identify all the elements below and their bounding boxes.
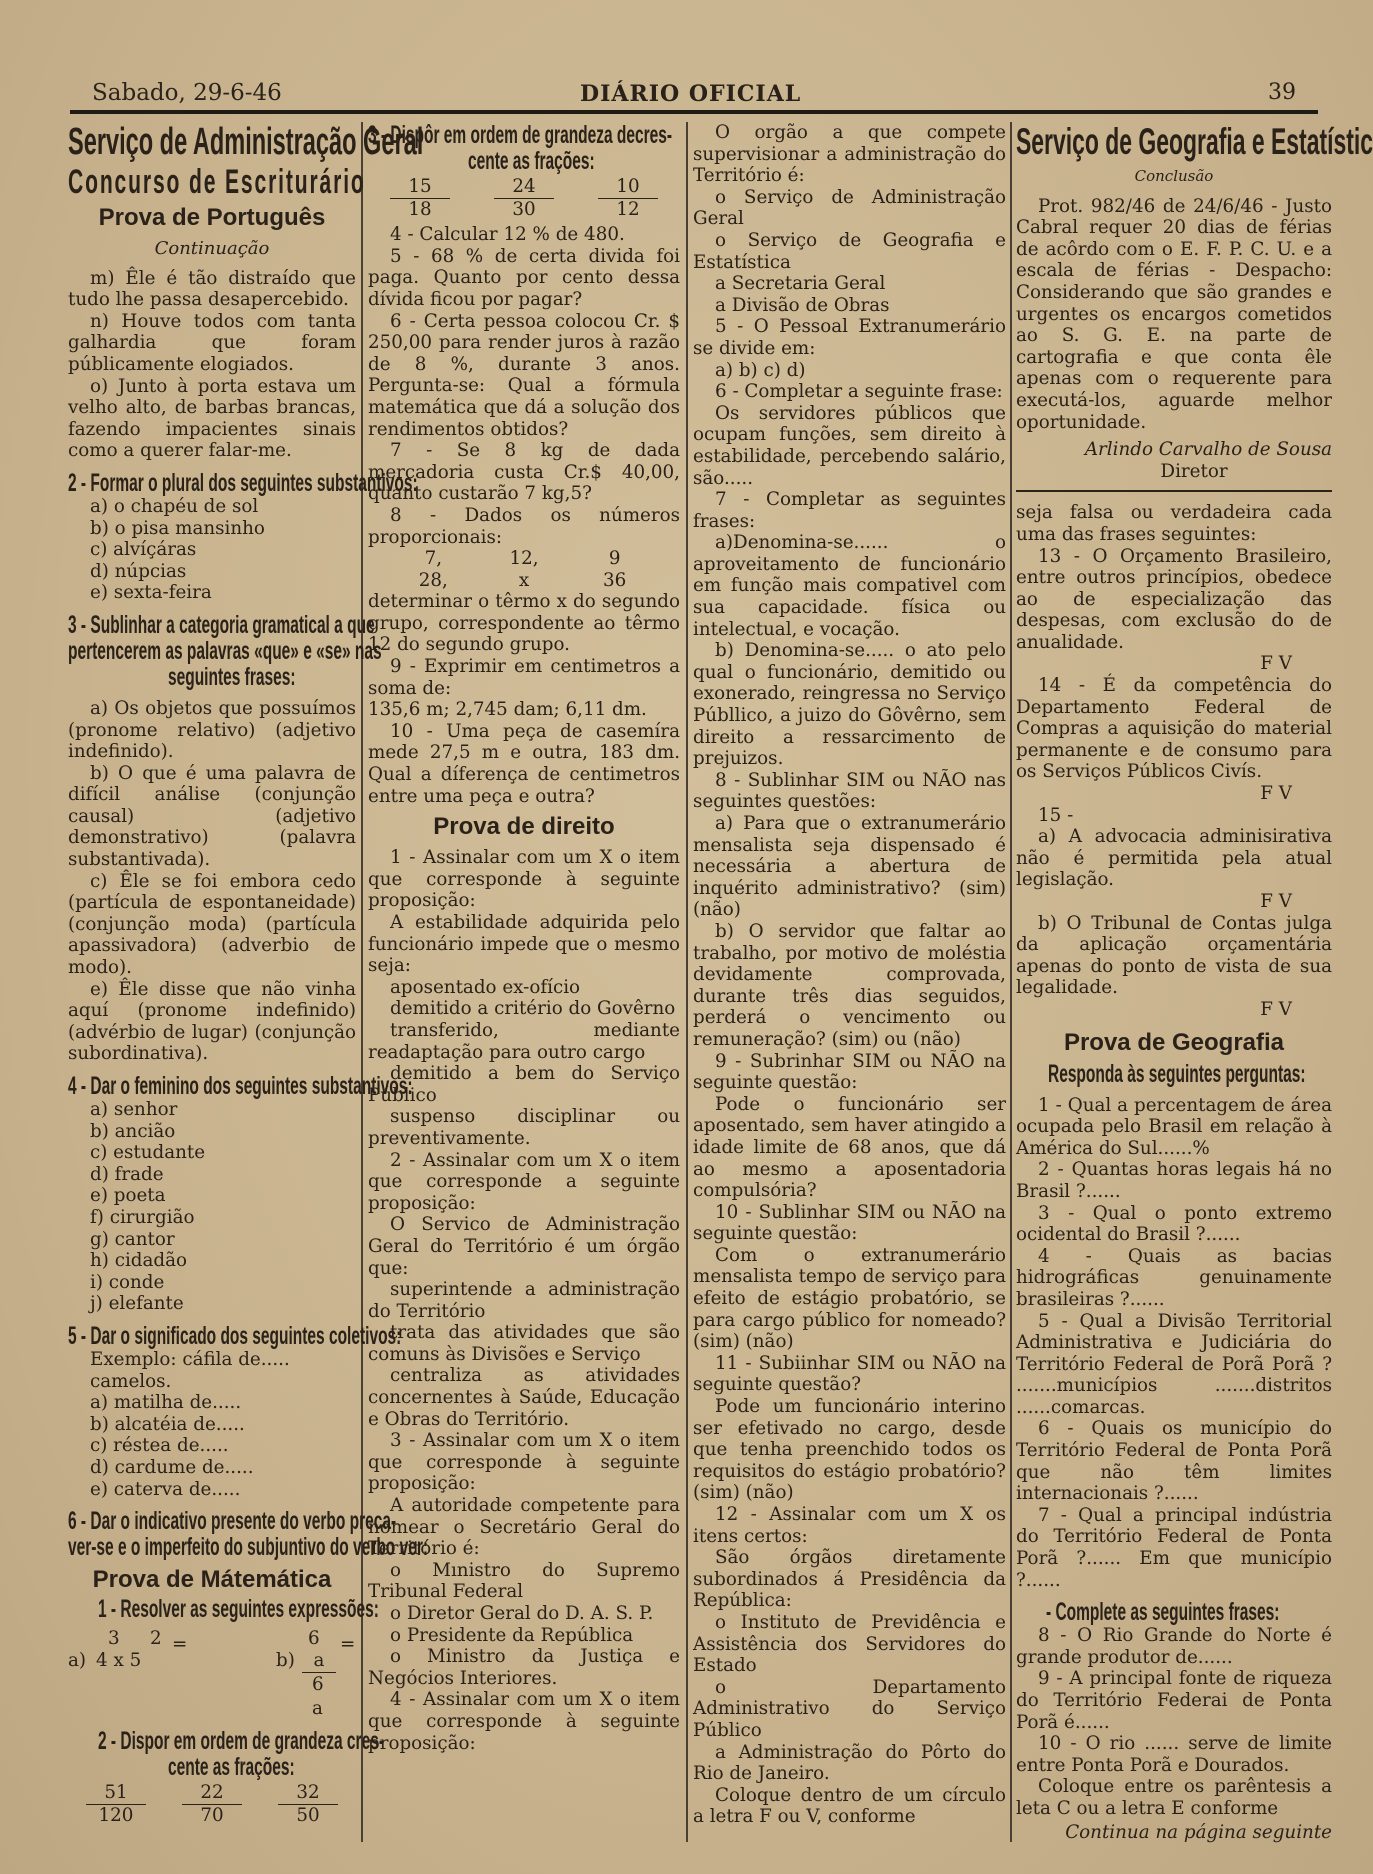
law-item: 12 - Assinalar com um X os itens certos: <box>693 1504 1006 1547</box>
expr-b-den: 6 <box>312 1674 324 1696</box>
law-item: o Departamento Administrativo do Serviço… <box>693 1677 1006 1742</box>
conclusion-label: Conclusão <box>1016 166 1332 188</box>
plural-item: a) o chapéu de sol <box>90 496 356 518</box>
law-item: 7 - Completar as seguintes frases: <box>693 489 1006 532</box>
exam-title-math: Prova de Mátemática <box>68 1564 356 1596</box>
heading-line: ver-se e o imperfeito do subjuntivo do v… <box>68 1534 359 1560</box>
question-heading: 2 - Formar o plural dos seguintes substa… <box>68 470 359 496</box>
geography-question: 6 - Quais os município do Território Fed… <box>1016 1418 1332 1504</box>
question-heading: 2 - Dispor em ordem de grandeza cres-cen… <box>68 1728 356 1780</box>
question-heading: Responda às seguintes perguntas: <box>1048 1061 1339 1087</box>
fraction-row: 5112022703250 <box>68 1782 356 1826</box>
fraction: 2270 <box>182 1782 242 1826</box>
equals-sign: = <box>172 1634 187 1656</box>
question-heading: 1 - Resolver as seguintes expressões: <box>98 1596 389 1622</box>
law-item: o Diretor Geral do D. A. S. P. <box>368 1603 680 1625</box>
law-item: a Secretaria Geral <box>693 273 1006 295</box>
law-item: 6 - Completar a seguinte frase: <box>693 381 1006 403</box>
feminine-item: e) poeta <box>90 1185 356 1207</box>
heading-line: cente as frações: <box>168 1754 459 1780</box>
collective-example: Exemplo: cáfila de..... camelos. <box>68 1349 356 1392</box>
geography-question: 4 - Quais as bacias hidrográficas genuin… <box>1016 1246 1332 1311</box>
complete-items: 8 - O Rio Grande do Norte é grande produ… <box>1016 1625 1332 1819</box>
law-item: a Divisão de Obras <box>693 295 1006 317</box>
complete-item: 8 - O Rio Grande do Norte é grande produ… <box>1016 1625 1332 1668</box>
law-item: o Presidente da República <box>368 1625 680 1647</box>
number: 9 <box>569 548 660 570</box>
collective-item: e) caterva de..... <box>90 1479 356 1501</box>
math-question: 135,6 m; 2,745 dam; 6,11 dm. <box>368 699 680 721</box>
expr-label: b) <box>276 1650 295 1672</box>
feminine-item: g) cantor <box>90 1229 356 1251</box>
law-item: centraliza as atividades concernentes à … <box>368 1365 680 1430</box>
numerator: 51 <box>86 1782 146 1805</box>
collective-item: d) cardume de..... <box>90 1457 356 1479</box>
geography-question: 1 - Qual a percentagem de área ocupada p… <box>1016 1095 1332 1160</box>
geography-question: 2 - Quantas horas legais há no Brasil ?.… <box>1016 1159 1332 1202</box>
collective-item: b) alcatéia de..... <box>90 1414 356 1436</box>
sentence-item: o) Junto à porta estava um velho alto, d… <box>68 376 356 462</box>
fv-mark: F V <box>1016 891 1332 913</box>
newspaper-title: DIÁRIO OFICIAL <box>580 81 801 107</box>
law-item: o Ministro da Justiça e Negócios Interio… <box>368 1646 680 1689</box>
law-item: Pode o funcionário ser aposentado, sem h… <box>693 1094 1006 1202</box>
law-item: 3 - Assinalar com um X o item que corres… <box>368 1430 680 1495</box>
heading-line: 2 - Dispor em ordem de grandeza cres- <box>98 1728 389 1754</box>
math-question: 8 - Dados os números proporcionais: <box>368 505 680 548</box>
law-item: 4 - Assinalar com um X o item que corres… <box>368 1689 680 1754</box>
issue-date: Sabado, 29-6-46 <box>92 80 282 106</box>
question-heading: 6 - Dar o indicativo presente do verbo p… <box>68 1508 356 1560</box>
fv-intro: seja falsa ou verdadeira cada uma das fr… <box>1016 502 1332 545</box>
exponent: 2 <box>150 1628 162 1650</box>
fv-mark: F V <box>1016 999 1332 1021</box>
numerator: 24 <box>494 176 554 199</box>
question-items: a) Os objetos que possuímos (pronome rel… <box>68 698 356 1065</box>
question-items: m) Êle é tão distraído que tudo lhe pass… <box>68 268 356 462</box>
fv-mark: F V <box>1016 653 1332 675</box>
fraction: 1012 <box>598 176 658 220</box>
fv-statement: b) O Tribunal de Contas julga da aplicaç… <box>1016 913 1332 999</box>
exponent: 3 <box>108 1628 120 1650</box>
exam-title-law: Prova de direito <box>368 811 680 843</box>
grammar-item: a) Os objetos que possuímos (pronome rel… <box>68 698 356 763</box>
plural-item: d) núpcias <box>90 561 356 583</box>
numerator: 15 <box>390 176 450 199</box>
expr-b-top: 6 <box>308 1628 320 1650</box>
math-question: determinar o têrmo x do segundo grupo, c… <box>368 591 680 656</box>
heading-line: 3 - Dispôr em ordem de grandeza decres- <box>368 122 659 148</box>
law-item: O Servico de Administração Geral do Terr… <box>368 1214 680 1279</box>
law-item: Os servidores públicos que ocupam funçõe… <box>693 403 1006 489</box>
fraction: 1518 <box>390 176 450 220</box>
law-item: São órgãos diretamente subordinados á Pr… <box>693 1547 1006 1612</box>
expression-a: 4 x 5 <box>96 1650 141 1672</box>
denominator: 120 <box>99 1805 134 1827</box>
geography-question: 7 - Qual a principal indústria do Territ… <box>1016 1505 1332 1591</box>
math-expressions: 3 2 a) 4 x 5 = 6 b) a = 6 a <box>68 1622 356 1728</box>
law-item: Com o extranumerário mensalista tempo de… <box>693 1245 1006 1353</box>
expr-b-num: a <box>302 1650 336 1673</box>
law-item: transferido, mediante readaptação para o… <box>368 1020 680 1063</box>
fraction: 3250 <box>278 1782 338 1826</box>
column-divider <box>1010 122 1012 1842</box>
feminine-item: j) elefante <box>90 1293 356 1315</box>
signature-role: Diretor <box>1016 461 1332 483</box>
law-item: O orgão a que compete supervisionar a ad… <box>693 122 1006 187</box>
denominator: 70 <box>200 1805 223 1827</box>
law-item: o Instituto de Previdência e Assistência… <box>693 1612 1006 1677</box>
geography-question: 3 - Qual o ponto extremo ocidental do Br… <box>1016 1203 1332 1246</box>
grammar-item: c) Êle se foi embora cedo (partícula de … <box>68 871 356 979</box>
denominator: 12 <box>616 199 639 221</box>
numerator: 32 <box>278 1782 338 1805</box>
law-item: 2 - Assinalar com um X o item que corres… <box>368 1150 680 1215</box>
grammar-item: b) O que é uma palavra de difícil anális… <box>68 763 356 871</box>
fv-mark: F V <box>1016 783 1332 805</box>
expr-label: a) <box>68 1650 86 1672</box>
law-item: a Administração do Pôrto do Rio de Janei… <box>693 1742 1006 1785</box>
math-questions: determinar o têrmo x do segundo grupo, c… <box>368 591 680 807</box>
number-row: 28,x36 <box>368 570 680 592</box>
fraction: 2430 <box>494 176 554 220</box>
feminine-item: a) senhor <box>90 1099 356 1121</box>
plural-list: a) o chapéu de solb) o pisa mansinhoc) a… <box>68 496 356 604</box>
question-heading: - Complete as seguintes frases: <box>1046 1599 1337 1625</box>
fraction: 51120 <box>86 1782 146 1826</box>
feminine-item: f) cirurgião <box>90 1207 356 1229</box>
plural-item: e) sexta-feira <box>90 582 356 604</box>
complete-item: 10 - O rio ...... serve de limite entre … <box>1016 1733 1332 1776</box>
complete-item: Coloque entre os parêntesis a leta C ou … <box>1016 1776 1332 1819</box>
number: 28, <box>388 570 479 592</box>
sentence-item: n) Houve todos com tanta galhardia que f… <box>68 311 356 376</box>
number-row: 7,12,9 <box>368 548 680 570</box>
question-heading: 5 - Dar o significado dos seguintes cole… <box>68 1323 359 1349</box>
heading-line: 6 - Dar o indicativo presente do verbo p… <box>68 1508 359 1534</box>
number: 7, <box>388 548 479 570</box>
grammar-item: e) Êle disse que não vinha aquí (pronome… <box>68 979 356 1065</box>
math-question: 4 - Calcular 12 % de 480. <box>368 224 680 246</box>
math-question: 7 - Se 8 kg de dada mercadoria custa Cr.… <box>368 440 680 505</box>
heading-line: pertencerem as palavras «que» e «se» nas <box>68 638 359 664</box>
law-item: 8 - Sublinhar SIM ou NÃO nas seguintes q… <box>693 770 1006 813</box>
law-item: a) b) c) d) <box>693 360 1006 382</box>
math-question: 10 - Uma peça de casemíra mede 27,5 m e … <box>368 721 680 807</box>
complete-item: 9 - A principal fonte de riqueza do Terr… <box>1016 1668 1332 1733</box>
proportional-numbers: 7,12,928,x36 <box>368 548 680 591</box>
plural-item: c) alvíçáras <box>90 539 356 561</box>
law-item: b) Denomina-se..... o ato pelo qual o fu… <box>693 640 1006 770</box>
dispatch-text: Prot. 982/46 de 24/6/46 - Justo Cabral r… <box>1016 196 1332 434</box>
plural-item: b) o pisa mansinho <box>90 518 356 540</box>
feminine-list: a) senhorb) anciãoc) estudanted) fradee)… <box>68 1099 356 1315</box>
sentence-item: m) Êle é tão distraído que tudo lhe pass… <box>68 268 356 311</box>
number: 36 <box>569 570 660 592</box>
law-item: o Serviço de Geografia e Estatística <box>693 230 1006 273</box>
section-title: Serviço de Geografia e Estatística <box>1016 122 1326 162</box>
masthead: Sabado, 29-6-46 DIÁRIO OFICIAL 39 <box>70 76 1318 112</box>
denominator: 18 <box>408 199 431 221</box>
math-questions: 4 - Calcular 12 % de 480.5 - 68 % de cer… <box>368 224 680 548</box>
exam-subtitle: Concurso de Escriturário <box>68 162 359 202</box>
law-item: demitido a bem do Serviço Público <box>368 1063 680 1106</box>
question-heading: 3 - Sublinhar a categoria gramatical a q… <box>68 612 356 690</box>
true-false-items: 13 - O Orçamento Brasileiro, entre outro… <box>1016 546 1332 1021</box>
law-questions: O orgão a que compete supervisionar a ad… <box>693 122 1006 1828</box>
header-rule <box>70 110 1318 114</box>
law-item: 11 - Subiinhar SIM ou NÃO na seguinte qu… <box>693 1353 1006 1396</box>
law-item: 9 - Subrinhar SIM ou NÃO na seguinte que… <box>693 1051 1006 1094</box>
law-item: aposentado ex-ofício <box>368 977 680 999</box>
fv-statement: 13 - O Orçamento Brasileiro, entre outro… <box>1016 546 1332 654</box>
exam-title-portuguese: Prova de Português <box>68 202 356 234</box>
law-item: a)Denomina-se...... o aproveitamento de … <box>693 532 1006 640</box>
numerator: 10 <box>598 176 658 199</box>
feminine-item: i) conde <box>90 1272 356 1294</box>
continues-note: Continua na página seguinte <box>1016 1822 1332 1844</box>
law-item: o Serviço de Administração Geral <box>693 187 1006 230</box>
collective-list: a) matilha de.....b) alcatéia de.....c) … <box>68 1392 356 1500</box>
law-item: A autoridade competente para nomear o Se… <box>368 1495 680 1560</box>
geography-questions: 1 - Qual a percentagem de área ocupada p… <box>1016 1095 1332 1592</box>
feminine-item: b) ancião <box>90 1121 356 1143</box>
column-3: O orgão a que compete supervisionar a ad… <box>693 122 1006 1828</box>
collective-item: a) matilha de..... <box>90 1392 356 1414</box>
column-1: Serviço de Administração Geral Concurso … <box>68 122 356 1830</box>
math-question: 9 - Exprimir em centimetros a soma de: <box>368 656 680 699</box>
law-item: b) O servidor que faltar ao trabalho, po… <box>693 921 1006 1051</box>
exam-title-geography: Prova de Geografia <box>1016 1027 1332 1059</box>
page-number: 39 <box>1268 80 1296 105</box>
column-divider <box>361 122 363 1842</box>
section-rule <box>1016 490 1332 492</box>
law-item: 1 - Assinalar com um X o item que corres… <box>368 847 680 912</box>
number: x <box>479 570 570 592</box>
denominator: 30 <box>512 199 535 221</box>
question-heading: 4 - Dar o feminino dos seguintes substan… <box>68 1073 359 1099</box>
numerator: 22 <box>182 1782 242 1805</box>
question-heading: 3 - Dispôr em ordem de grandeza decres-c… <box>368 122 680 174</box>
column-divider <box>686 122 688 1842</box>
law-item: 5 - O Pessoal Extranumerário se divide e… <box>693 316 1006 359</box>
equals-sign: = <box>340 1634 355 1656</box>
law-item: Coloque dentro de um círculo a letra F o… <box>693 1785 1006 1828</box>
number: 12, <box>479 548 570 570</box>
law-item: 10 - Sublinhar SIM ou NÃO na seguinte qu… <box>693 1202 1006 1245</box>
law-item: superintende a administração do Territór… <box>368 1279 680 1322</box>
column-4: Serviço de Geografia e Estatística Concl… <box>1016 122 1332 1843</box>
feminine-item: h) cidadão <box>90 1250 356 1272</box>
feminine-item: c) estudante <box>90 1142 356 1164</box>
law-item: Pode um funcionário interino ser efetiva… <box>693 1396 1006 1504</box>
law-item: suspenso disciplinar ou preventivamente. <box>368 1106 680 1149</box>
fv-statement: a) A advocacia adminisirativa não é perm… <box>1016 826 1332 891</box>
fv-statement: 14 - É da competência do Departamento Fe… <box>1016 675 1332 783</box>
math-question: 5 - 68 % de certa divida foi paga. Quant… <box>368 246 680 311</box>
law-item: trata das atividades que são comuns às D… <box>368 1322 680 1365</box>
math-question: 6 - Certa pessoa colocou Cr. $ 250,00 pa… <box>368 311 680 441</box>
law-item: a) Para que o extranumerário mensalista … <box>693 813 1006 921</box>
section-title: Serviço de Administração Geral <box>68 122 356 162</box>
fraction-row: 151824301012 <box>368 176 680 220</box>
column-2: 3 - Dispôr em ordem de grandeza decres-c… <box>368 122 680 1754</box>
law-item: A estabilidade adquirida pelo funcionári… <box>368 912 680 977</box>
fv-statement: 15 - <box>1016 805 1332 827</box>
denominator: 50 <box>296 1805 319 1827</box>
continuation-label: Continuação <box>68 238 356 260</box>
collective-item: c) réstea de..... <box>90 1435 356 1457</box>
signature: Arlindo Carvalho de Sousa <box>1016 439 1332 461</box>
law-item: o Mınistro do Supremo Tribunal Federal <box>368 1560 680 1603</box>
geography-question: 5 - Qual a Divisão Territorial Administr… <box>1016 1311 1332 1419</box>
feminine-item: d) frade <box>90 1164 356 1186</box>
heading-line: 3 - Sublinhar a categoria gramatical a q… <box>68 612 359 638</box>
expr-b-den: a <box>312 1698 323 1720</box>
law-item: demitido a critério do Govêrno <box>368 998 680 1020</box>
law-questions: 1 - Assinalar com um X o item que corres… <box>368 847 680 1754</box>
